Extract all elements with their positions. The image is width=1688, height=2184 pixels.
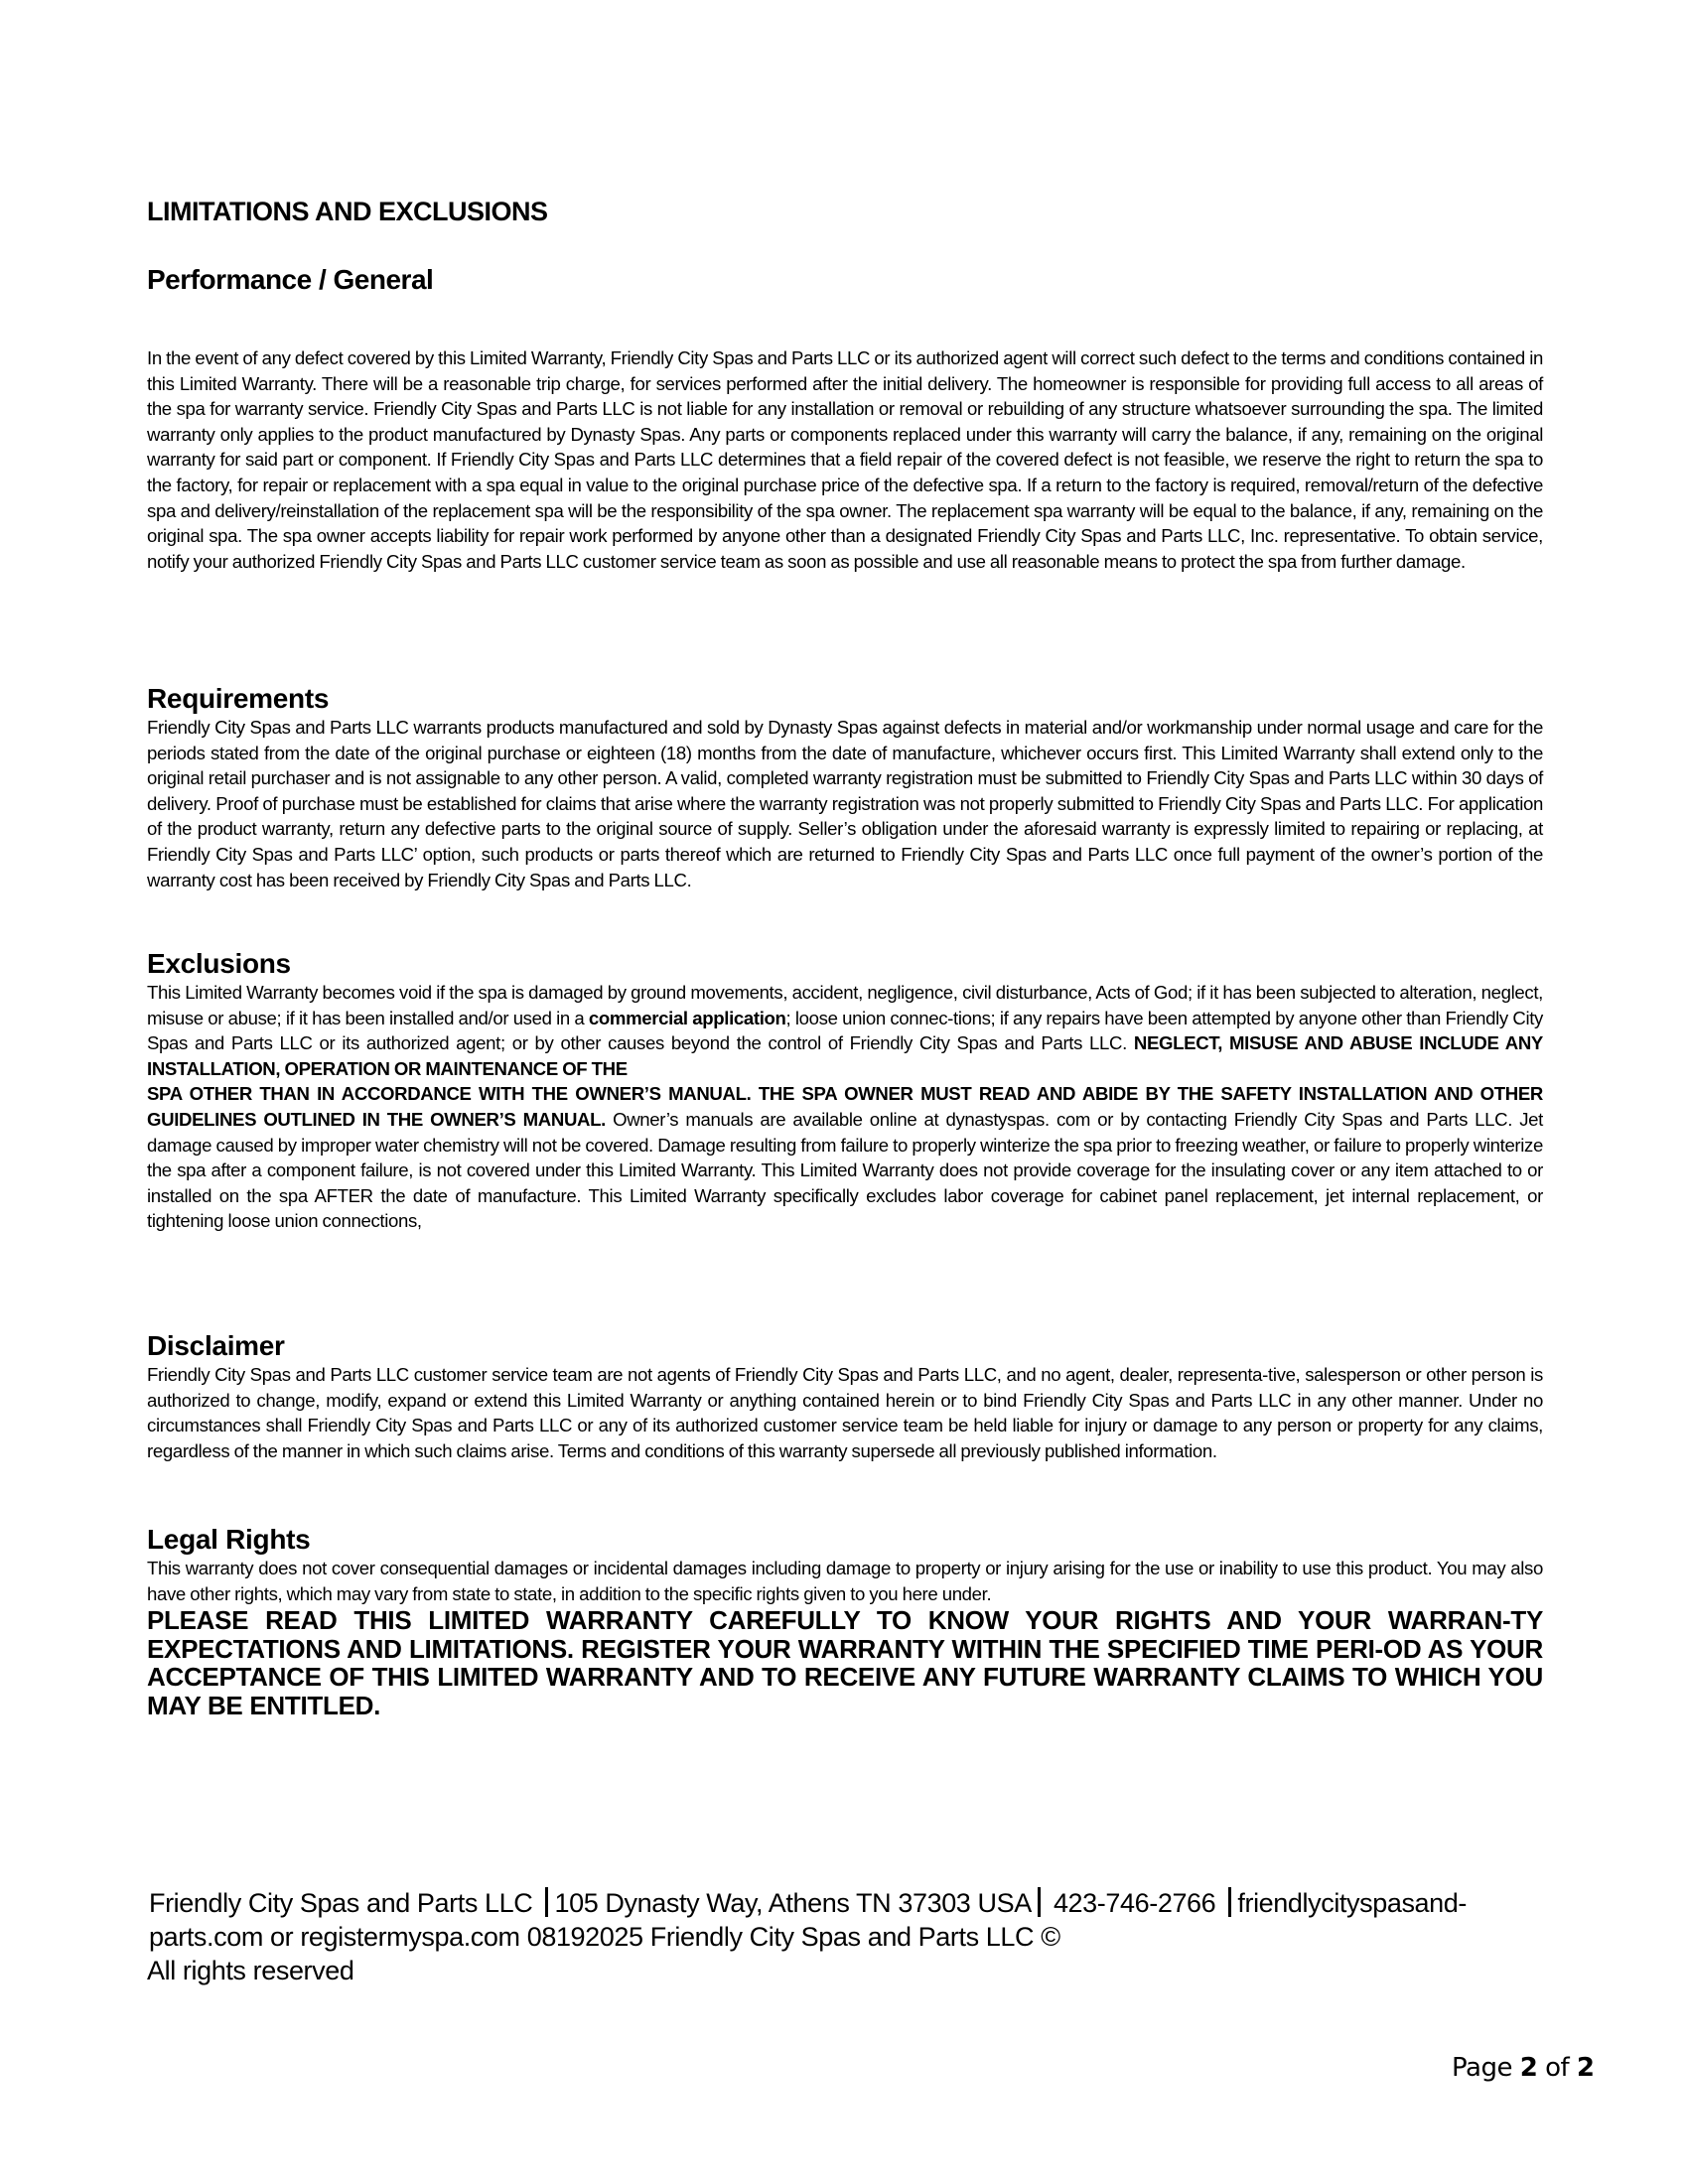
footer-rights: All rights reserved bbox=[147, 1954, 1559, 1987]
page-number-current: 2 bbox=[1520, 2053, 1538, 2083]
page-number-label: Page bbox=[1452, 2053, 1520, 2083]
footer-separator bbox=[1228, 1887, 1231, 1917]
exclusions-bold-commercial: commercial application bbox=[589, 1008, 786, 1028]
section-requirements: Requirements Friendly City Spas and Part… bbox=[147, 683, 1543, 892]
footer: Friendly City Spas and Parts LLC 105 Dyn… bbox=[149, 1886, 1559, 1987]
requirements-paragraph: Friendly City Spas and Parts LLC warrant… bbox=[147, 715, 1543, 892]
section-heading-disclaimer: Disclaimer bbox=[147, 1330, 1543, 1362]
section-heading-requirements: Requirements bbox=[147, 683, 1543, 715]
footer-address: 105 Dynasty Way, Athens TN 37303 USA bbox=[554, 1888, 1031, 1918]
footer-separator bbox=[545, 1887, 548, 1917]
exclusions-paragraph: This Limited Warranty becomes void if th… bbox=[147, 980, 1543, 1234]
page-number-of: of bbox=[1537, 2053, 1577, 2083]
section-exclusions: Exclusions This Limited Warranty becomes… bbox=[147, 948, 1543, 1234]
section-heading-exclusions: Exclusions bbox=[147, 948, 1543, 980]
footer-website-link[interactable]: friendlycityspasand- bbox=[1237, 1888, 1467, 1918]
footer-separator bbox=[1038, 1887, 1041, 1917]
section-performance: In the event of any defect covered by th… bbox=[147, 345, 1543, 574]
footer-line-1: Friendly City Spas and Parts LLC 105 Dyn… bbox=[149, 1886, 1559, 1920]
footer-company: Friendly City Spas and Parts LLC bbox=[149, 1888, 539, 1918]
document-title: LIMITATIONS AND EXCLUSIONS bbox=[147, 197, 548, 227]
section-heading-legal-rights: Legal Rights bbox=[147, 1524, 1543, 1556]
performance-paragraph: In the event of any defect covered by th… bbox=[147, 345, 1543, 574]
page-number-total: 2 bbox=[1577, 2053, 1595, 2083]
section-disclaimer: Disclaimer Friendly City Spas and Parts … bbox=[147, 1330, 1543, 1463]
section-legal-rights: Legal Rights This warranty does not cove… bbox=[147, 1524, 1543, 1719]
footer-line-2: parts.com or registermyspa.com 08192025 … bbox=[149, 1920, 1559, 1954]
page-number: Page 2 of 2 bbox=[1452, 2053, 1595, 2083]
legal-rights-notice: PLEASE READ THIS LIMITED WARRANTY CAREFU… bbox=[147, 1606, 1543, 1719]
disclaimer-paragraph: Friendly City Spas and Parts LLC custome… bbox=[147, 1362, 1543, 1463]
section-heading-performance: Performance / General bbox=[147, 264, 433, 296]
footer-phone: 423-746-2766 bbox=[1047, 1888, 1223, 1918]
legal-rights-paragraph: This warranty does not cover consequenti… bbox=[147, 1556, 1543, 1606]
